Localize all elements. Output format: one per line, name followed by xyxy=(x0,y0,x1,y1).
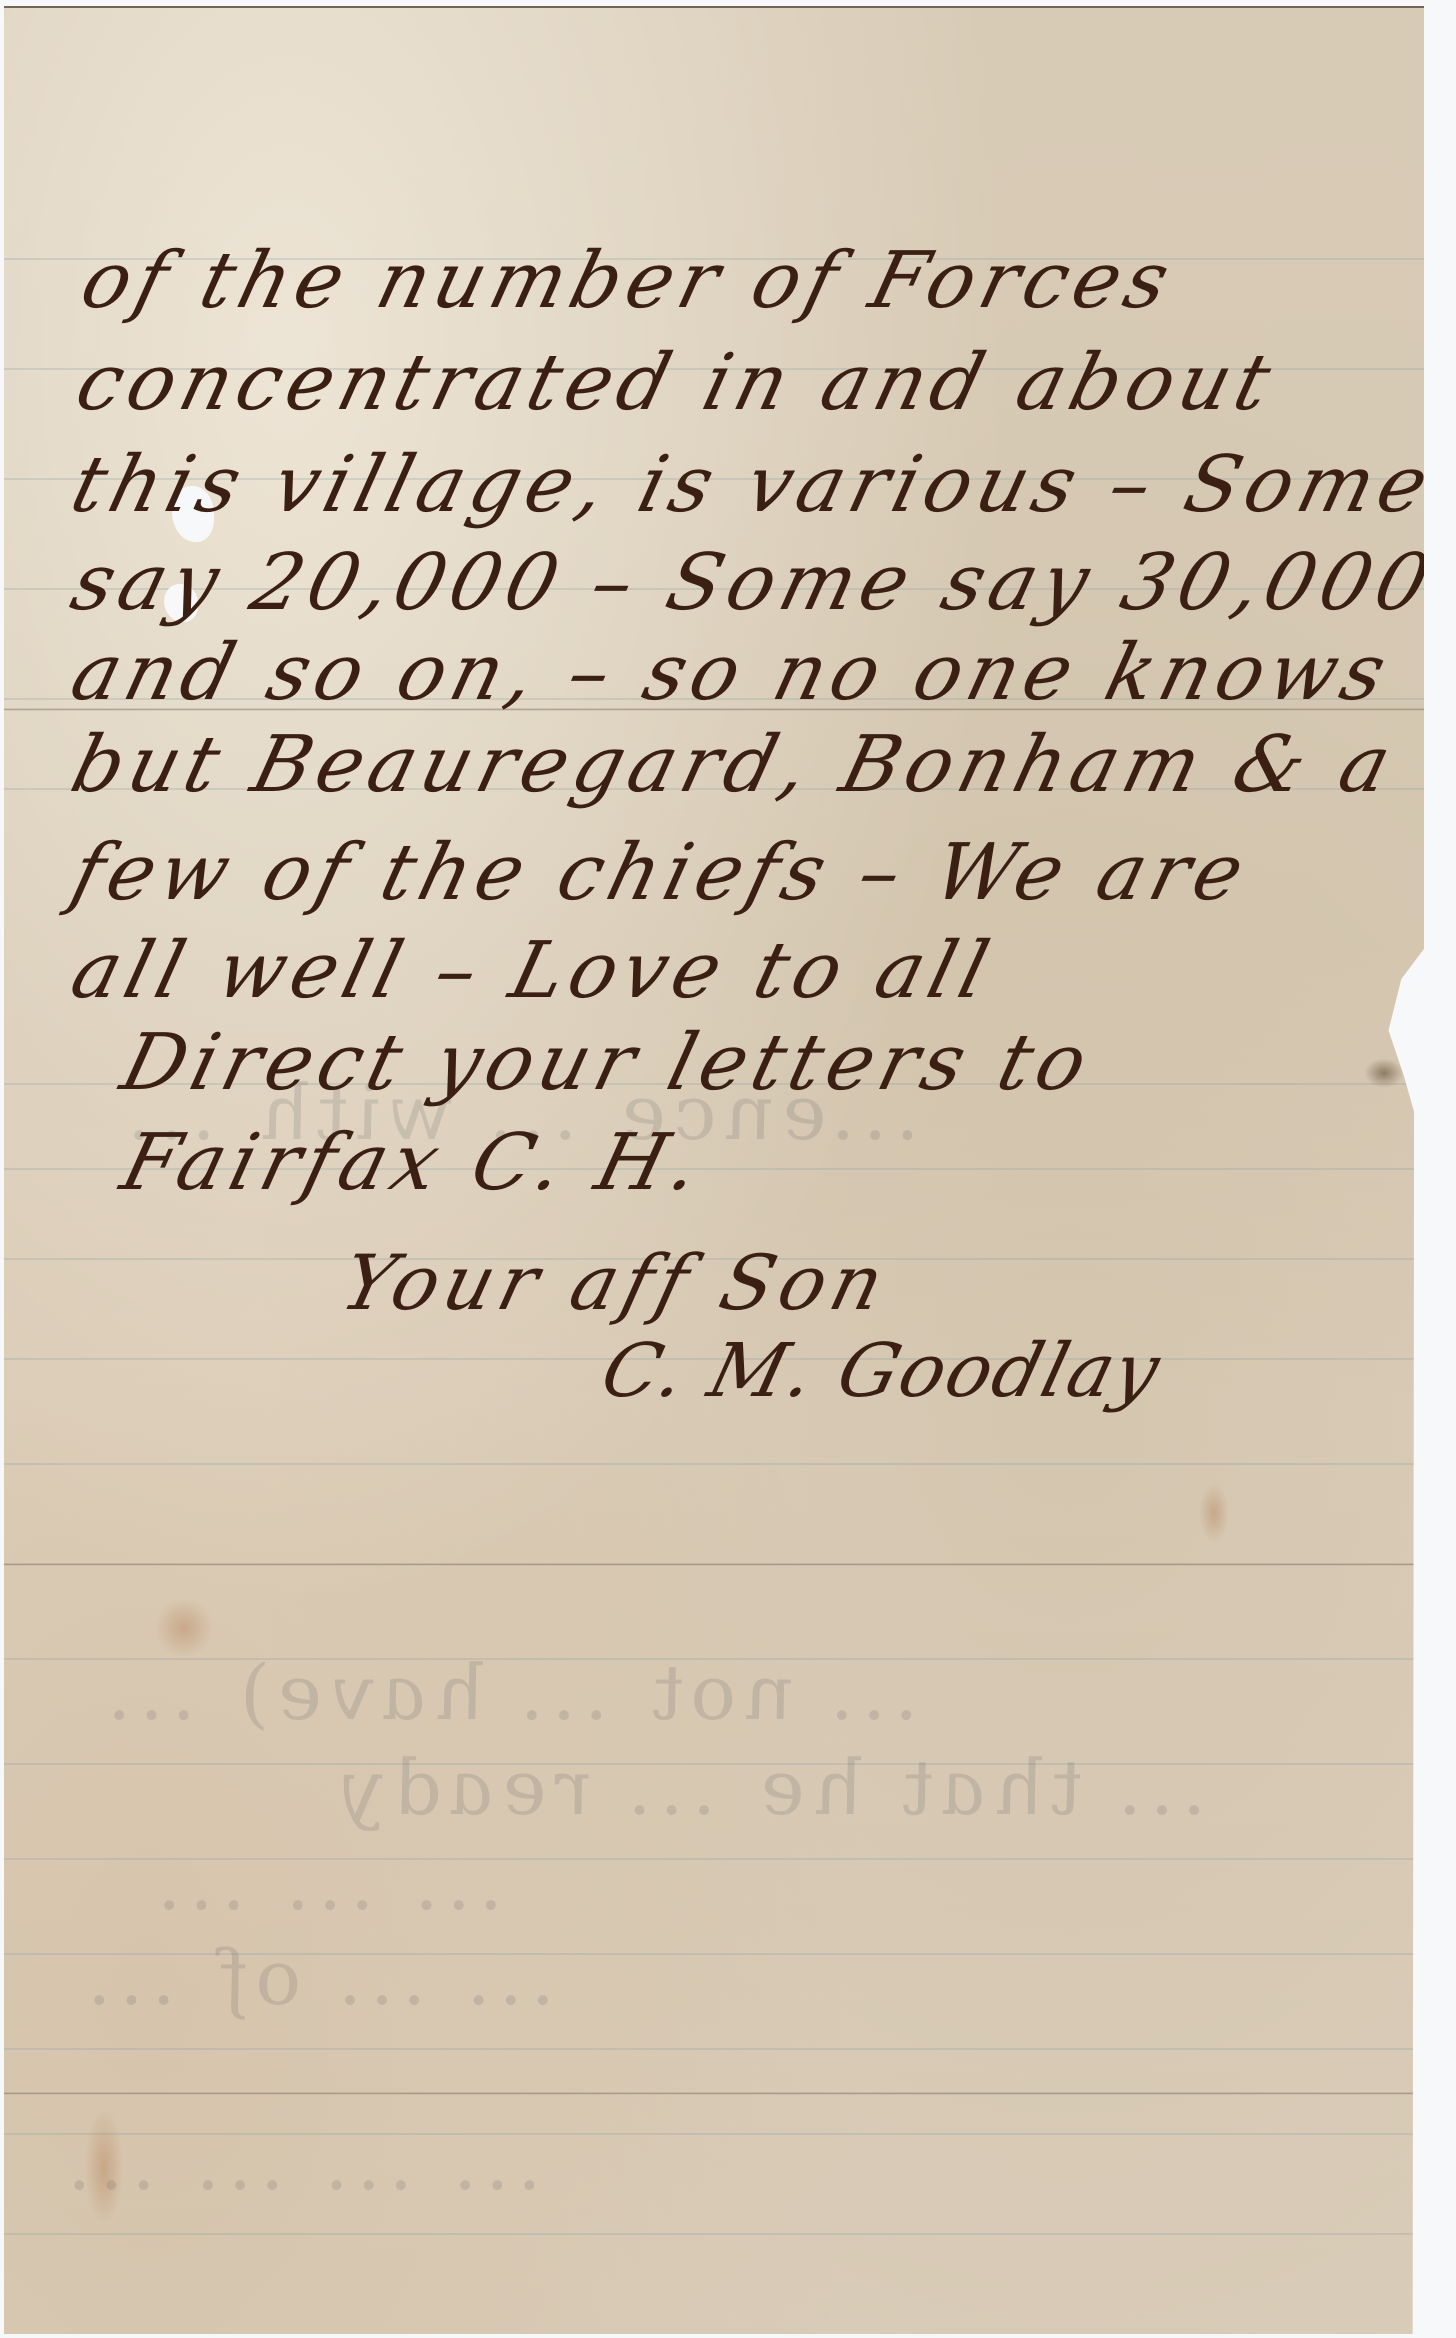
ruled-line xyxy=(4,2048,1424,2050)
letter-line-9: Direct your letters to xyxy=(113,1018,1102,1108)
ruled-line xyxy=(4,1463,1424,1465)
bleed-through-text: ... ... ... xyxy=(145,1838,518,1927)
bleed-through-text: ... ... of ... xyxy=(75,1933,570,2022)
letter-line-4: say 20,000 – Some say 30,000 xyxy=(63,538,1444,628)
letter-line-1: of the number of Forces xyxy=(73,236,1184,326)
fold-crease xyxy=(4,2092,1424,2095)
ink-blot xyxy=(1364,1058,1404,1088)
bleed-through-text: ... that he ... ready xyxy=(325,1743,1221,1832)
letter-line-3: this village, is various – Some xyxy=(63,440,1443,530)
letter-line-5: and so on, – so no one knows xyxy=(63,628,1400,718)
bleed-through-text: ... not ... have) ... xyxy=(95,1648,933,1737)
letter-line-8: all well – Love to all xyxy=(63,926,1003,1016)
letter-line-2: concentrated in and about xyxy=(68,338,1285,428)
fold-crease xyxy=(4,1563,1424,1566)
letter-line-7: few of the chiefs – We are xyxy=(63,828,1258,918)
letter-line-10: Fairfax C. H. xyxy=(113,1118,714,1208)
stain xyxy=(1199,1483,1229,1543)
ruled-line xyxy=(4,2233,1424,2235)
letter-paper: ...ence ... with ... ... not ... have) .… xyxy=(4,6,1424,2334)
bleed-through-text: ... ... ... ... xyxy=(55,2118,556,2207)
letter-line-6: but Beauregard, Bonham & a xyxy=(63,720,1405,810)
letter-signature: C. M. Goodlay xyxy=(593,1328,1169,1414)
letter-closing: Your aff Son xyxy=(333,1238,898,1327)
